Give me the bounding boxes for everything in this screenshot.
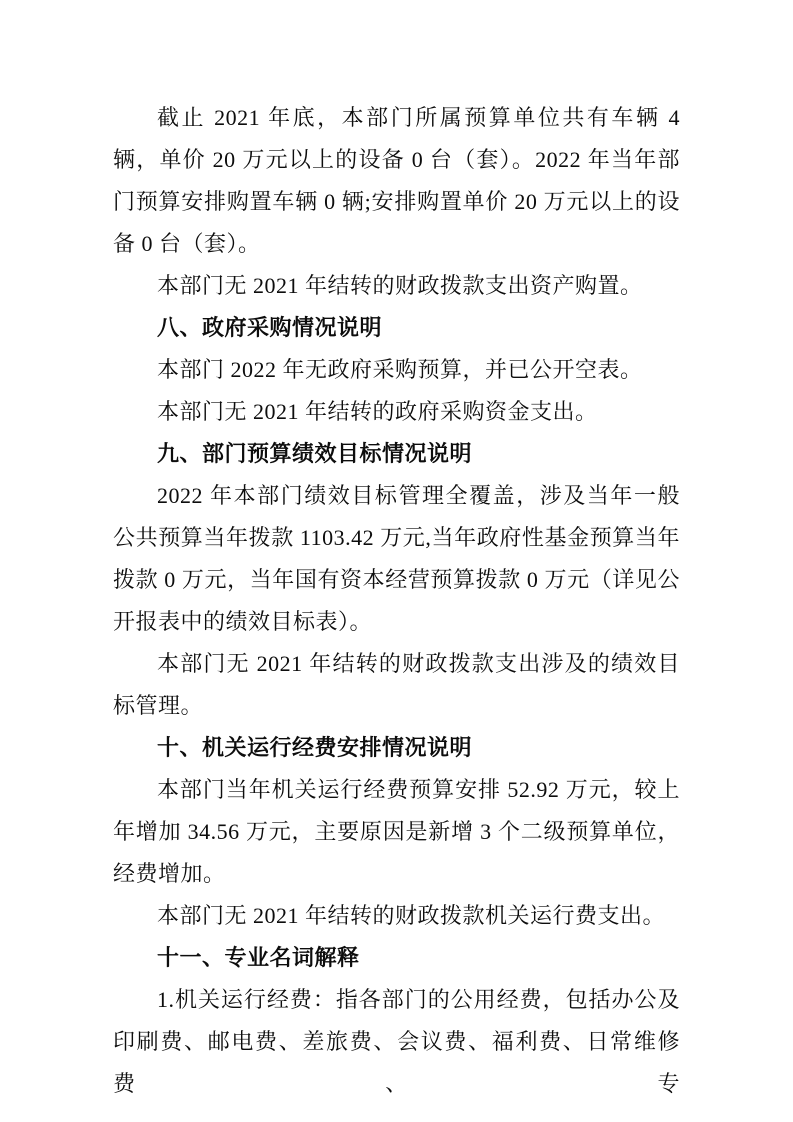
section-heading-10-operating-funds: 十、机关运行经费安排情况说明 bbox=[113, 727, 680, 769]
paragraph-asset-vehicles: 截止 2021 年底，本部门所属预算单位共有车辆 4 辆，单价 20 万元以上的… bbox=[113, 97, 680, 265]
document-page: 截止 2021 年底，本部门所属预算单位共有车辆 4 辆，单价 20 万元以上的… bbox=[0, 0, 793, 1122]
paragraph-operating-funds-amount: 本部门当年机关运行经费预算安排 52.92 万元，较上年增加 34.56 万元，… bbox=[113, 769, 680, 895]
paragraph-glossary-item-1: 1.机关运行经费：指各部门的公用经费，包括办公及印刷费、邮电费、差旅费、会议费、… bbox=[113, 979, 680, 1105]
section-heading-8-procurement: 八、政府采购情况说明 bbox=[113, 307, 680, 349]
section-heading-9-performance: 九、部门预算绩效目标情况说明 bbox=[113, 433, 680, 475]
paragraph-no-performance-carryover: 本部门无 2021 年结转的财政拨款支出涉及的绩效目标管理。 bbox=[113, 643, 680, 727]
document-body: 截止 2021 年底，本部门所属预算单位共有车辆 4 辆，单价 20 万元以上的… bbox=[113, 97, 680, 1105]
paragraph-no-operating-carryover: 本部门无 2021 年结转的财政拨款机关运行费支出。 bbox=[113, 895, 680, 937]
paragraph-no-procurement-carryover: 本部门无 2021 年结转的政府采购资金支出。 bbox=[113, 391, 680, 433]
paragraph-no-carryover-assets: 本部门无 2021 年结转的财政拨款支出资产购置。 bbox=[113, 265, 680, 307]
section-heading-11-glossary: 十一、专业名词解释 bbox=[113, 937, 680, 979]
paragraph-no-procurement-budget: 本部门 2022 年无政府采购预算，并已公开空表。 bbox=[113, 349, 680, 391]
paragraph-performance-coverage: 2022 年本部门绩效目标管理全覆盖，涉及当年一般公共预算当年拨款 1103.4… bbox=[113, 475, 680, 643]
